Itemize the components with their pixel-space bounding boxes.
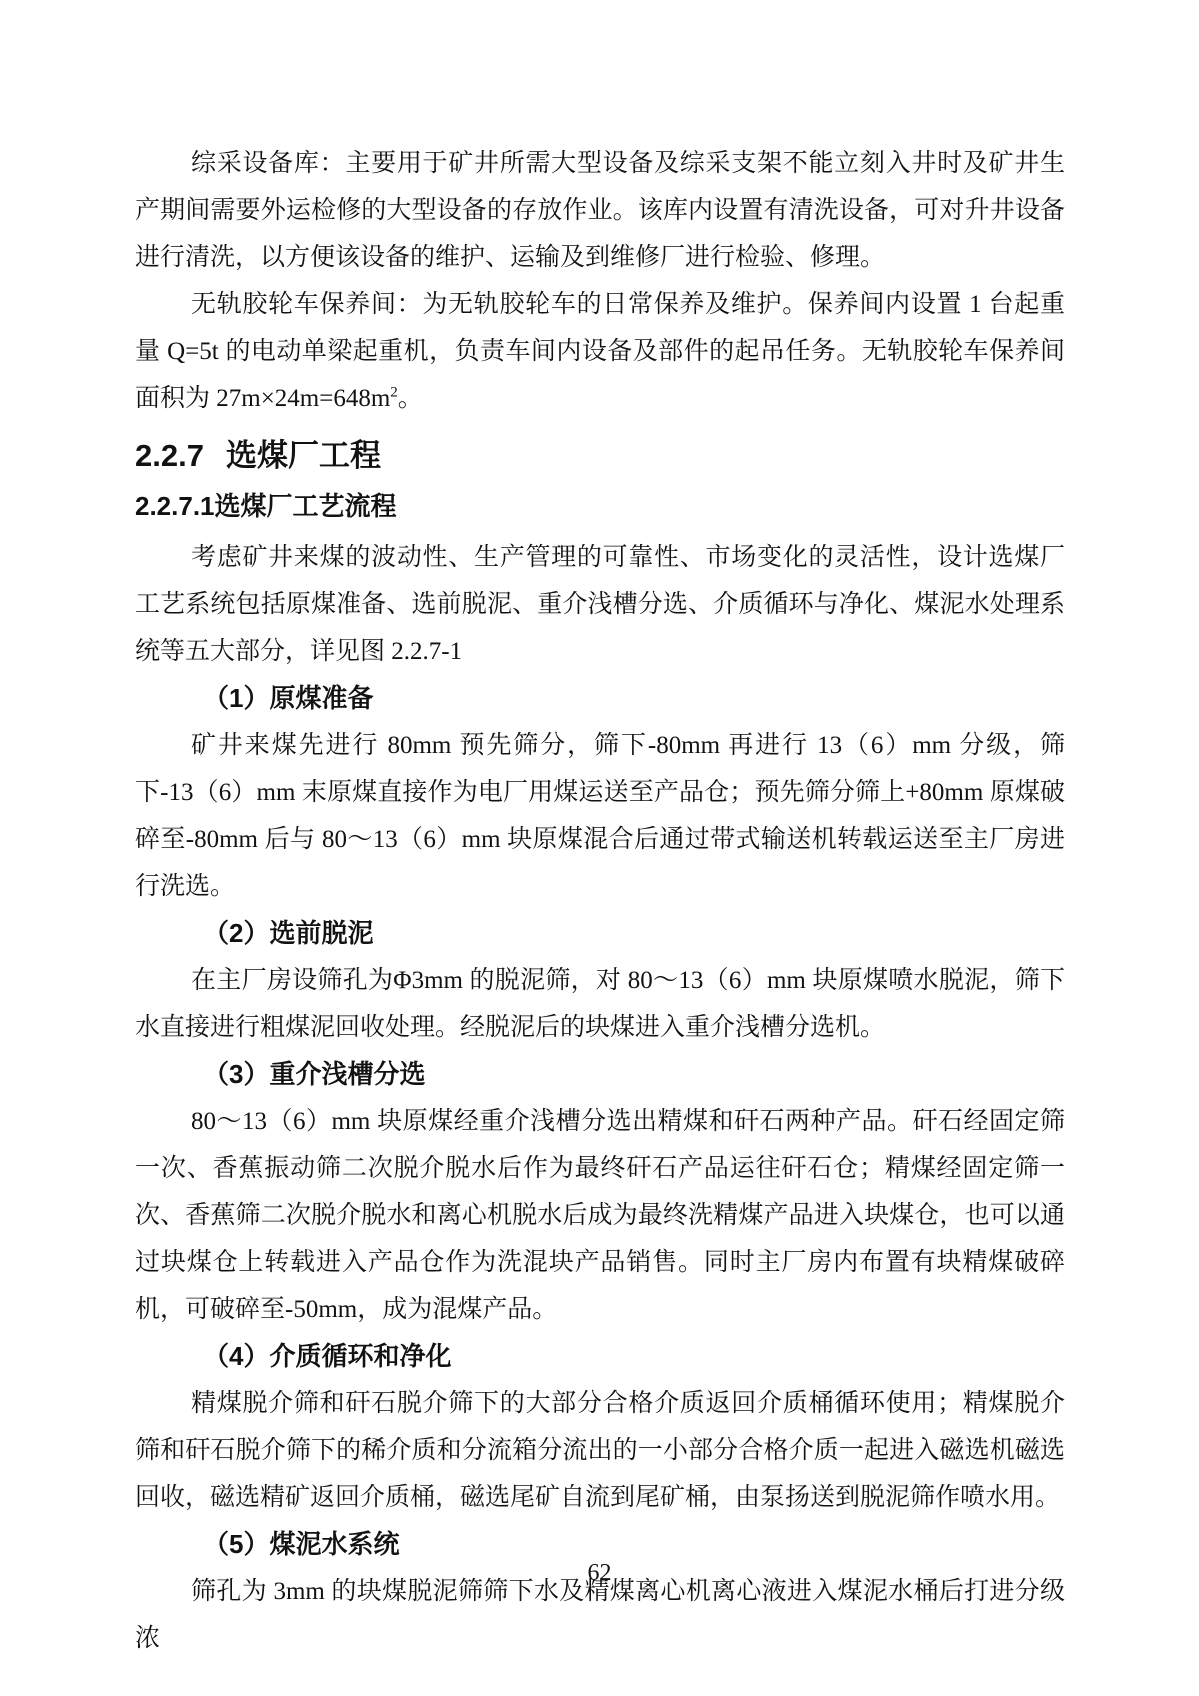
document-page: 综采设备库：主要用于矿井所需大型设备及综采支架不能立刻入井时及矿井生产期间需要外… [0, 0, 1199, 1696]
list-heading-raw-coal-prep: （1）原煤准备 [135, 675, 1065, 722]
section-title: 选煤厂工程 [226, 438, 381, 473]
list-heading-medium-circulation: （4）介质循环和净化 [135, 1333, 1065, 1380]
para-medium-circulation: 精煤脱介筛和矸石脱介筛下的大部分合格介质返回介质桶循环使用；精煤脱介筛和矸石脱介… [135, 1380, 1065, 1521]
para-equipment-depot: 综采设备库：主要用于矿井所需大型设备及综采支架不能立刻入井时及矿井生产期间需要外… [135, 140, 1065, 281]
para-raw-coal-prep: 矿井来煤先进行 80mm 预先筛分，筛下-80mm 再进行 13（6）mm 分级… [135, 722, 1065, 910]
para-vehicle-maintenance-text: 无轨胶轮车保养间：为无轨胶轮车的日常保养及维护。保养间内设置 1 台起重量 Q=… [135, 291, 1065, 412]
section-number: 2.2.7 [135, 438, 204, 473]
para-vehicle-maintenance: 无轨胶轮车保养间：为无轨胶轮车的日常保养及维护。保养间内设置 1 台起重量 Q=… [135, 281, 1065, 422]
square-meter-superscript: 2 [390, 385, 398, 401]
para-vehicle-maintenance-end: 。 [398, 385, 423, 412]
para-process-overview: 考虑矿井来煤的波动性、生产管理的可靠性、市场变化的灵活性，设计选煤厂工艺系统包括… [135, 534, 1065, 675]
document-content: 综采设备库：主要用于矿井所需大型设备及综采支架不能立刻入井时及矿井生产期间需要外… [135, 140, 1065, 1662]
list-heading-desliming: （2）选前脱泥 [135, 910, 1065, 957]
page-number: 62 [0, 1558, 1199, 1588]
section-heading-2-2-7: 2.2.7选煤厂工程 [135, 432, 1065, 479]
para-desliming: 在主厂房设筛孔为Φ3mm 的脱泥筛，对 80～13（6）mm 块原煤喷水脱泥，筛… [135, 957, 1065, 1051]
para-shallow-trough-separation: 80～13（6）mm 块原煤经重介浅槽分选出精煤和矸石两种产品。矸石经固定筛一次… [135, 1098, 1065, 1333]
subsection-heading-2-2-7-1: 2.2.7.1选煤厂工艺流程 [135, 483, 1065, 530]
list-heading-shallow-trough-separation: （3）重介浅槽分选 [135, 1051, 1065, 1098]
